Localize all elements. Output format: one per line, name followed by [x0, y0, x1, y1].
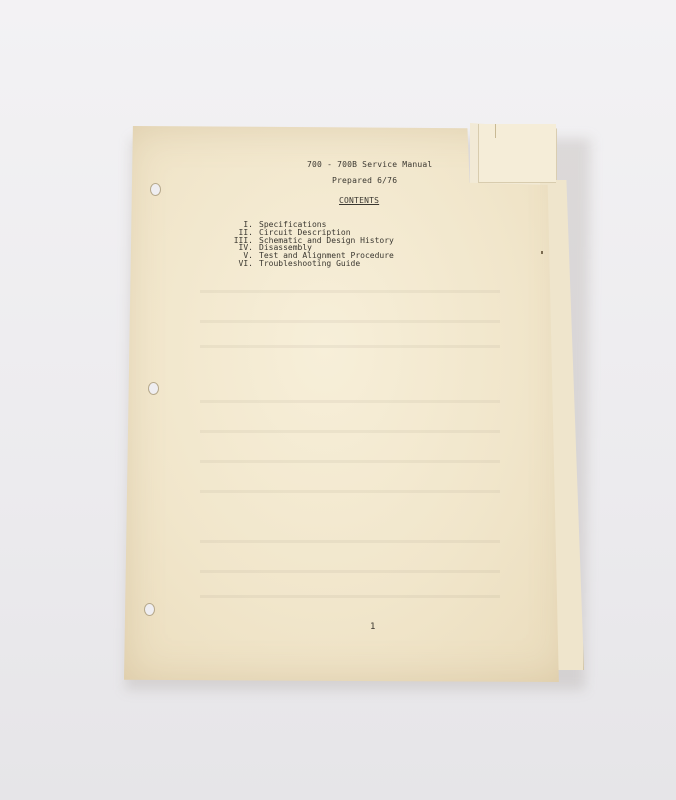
bleed-through-text: [200, 540, 500, 543]
tab-notch: [495, 124, 496, 138]
table-of-contents: I. Specifications II. Circuit Descriptio…: [226, 221, 394, 268]
punch-hole-middle: [148, 382, 159, 395]
bleed-through-text: [200, 430, 500, 433]
bleed-through-text: [200, 570, 500, 573]
prepared-date: Prepared 6/76: [332, 176, 397, 185]
bleed-through-text: [200, 460, 500, 463]
punch-hole-bottom: [144, 603, 155, 616]
bleed-through-text: [200, 345, 500, 348]
toc-label: Troubleshooting Guide: [259, 260, 360, 268]
bleed-through-text: [200, 490, 500, 493]
ink-speck: [541, 251, 543, 254]
page-number: 1: [370, 622, 375, 632]
punch-hole-top: [150, 183, 161, 196]
bleed-through-text: [200, 320, 500, 323]
manual-title: 700 - 700B Service Manual: [307, 160, 432, 169]
contents-heading: CONTENTS: [339, 196, 379, 205]
toc-item: VI. Troubleshooting Guide: [226, 260, 394, 268]
bleed-through-text: [200, 400, 500, 403]
folded-tab: [478, 124, 556, 183]
toc-numeral: VI.: [226, 260, 259, 268]
bleed-through-text: [200, 595, 500, 598]
bleed-through-text: [200, 290, 500, 293]
manual-page: [124, 126, 570, 682]
